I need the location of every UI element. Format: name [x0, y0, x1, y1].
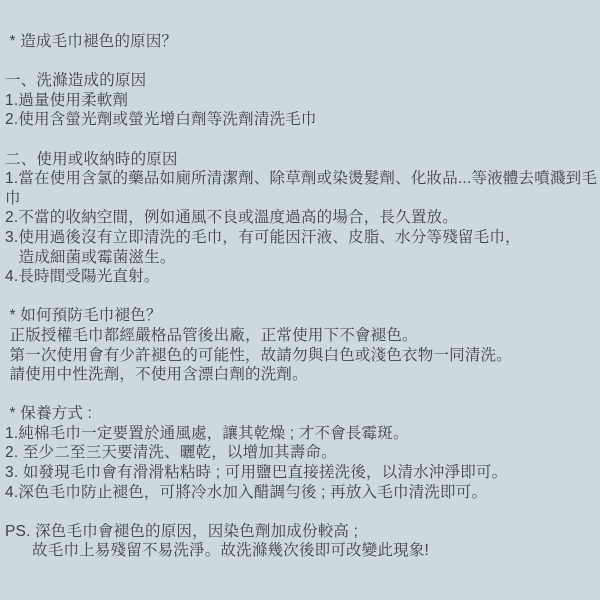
section-item-continuation: 造成細菌或霉菌滋生。 — [5, 248, 598, 268]
blank-line — [5, 502, 598, 522]
towel-care-document: * 造成毛巾褪色的原因？ 一、洗滌造成的原因 1.過量使用柔軟劑 2.使用含螢光… — [0, 0, 600, 600]
section-care-instructions: * 保養方式 : 1.純棉毛巾一定要置於通風處，讓其乾燥 ; 才不會長霉斑。 2… — [5, 404, 598, 502]
section-item: 1.純棉毛巾一定要置於通風處，讓其乾燥 ; 才不會長霉斑。 — [5, 424, 598, 444]
section-item: 4.深色毛巾防止褪色，可將冷水加入醋調勻後 ; 再放入毛巾清洗即可。 — [5, 483, 598, 503]
section-fade-prevention: * 如何預防毛巾褪色？ 正版授權毛巾都經嚴格品管後出廠，正常使用下不會褪色。 第… — [5, 306, 598, 384]
doc-title: * 造成毛巾褪色的原因？ — [5, 32, 598, 52]
section-heading: 二、使用或收納時的原因 — [5, 150, 598, 170]
section-heading: * 保養方式 : — [5, 404, 598, 424]
section-item: 1.當在使用含氯的藥品如廁所清潔劑、除草劑或染燙髮劑、化妝品...等液體去噴濺到… — [5, 169, 598, 208]
blank-line — [5, 52, 598, 72]
section-item: 1.過量使用柔軟劑 — [5, 91, 598, 111]
section-item: 4.長時間受陽光直射。 — [5, 267, 598, 287]
section-item: 正版授權毛巾都經嚴格品管後出廠，正常使用下不會褪色。 — [5, 326, 598, 346]
section-item: 3. 如發現毛巾會有滑滑粘粘時 ; 可用鹽巴直接搓洗後，以清水沖淨即可。 — [5, 463, 598, 483]
blank-line — [5, 130, 598, 150]
blank-line — [5, 287, 598, 307]
section-usage-storage-causes: 二、使用或收納時的原因 1.當在使用含氯的藥品如廁所清潔劑、除草劑或染燙髮劑、化… — [5, 150, 598, 287]
postscript-block: PS. 深色毛巾會褪色的原因，因染色劑加成份較高 ; 故毛巾上易殘留不易洗淨。故… — [5, 522, 598, 561]
section-heading: * 如何預防毛巾褪色？ — [5, 306, 598, 326]
blank-line — [5, 385, 598, 405]
section-heading: 一、洗滌造成的原因 — [5, 71, 598, 91]
section-item: 第一次使用會有少許褪色的可能性，故請勿與白色或淺色衣物一同清洗。 — [5, 346, 598, 366]
ps-line-continuation: 故毛巾上易殘留不易洗淨。故洗滌幾次後即可改變此現象! — [5, 541, 598, 561]
section-item: 2. 至少二至三天要清洗、曬乾，以增加其壽命。 — [5, 443, 598, 463]
section-washing-causes: 一、洗滌造成的原因 1.過量使用柔軟劑 2.使用含螢光劑或螢光增白劑等洗劑清洗毛… — [5, 71, 598, 130]
ps-line: PS. 深色毛巾會褪色的原因，因染色劑加成份較高 ; — [5, 522, 598, 542]
section-item: 2.使用含螢光劑或螢光增白劑等洗劑清洗毛巾 — [5, 110, 598, 130]
section-item: 3.使用過後沒有立即清洗的毛巾，有可能因汗液、皮脂、水分等殘留毛巾， — [5, 228, 598, 248]
section-item: 請使用中性洗劑，不使用含漂白劑的洗劑。 — [5, 365, 598, 385]
section-item: 2.不當的收納空間，例如通風不良或溫度過高的場合，長久置放。 — [5, 208, 598, 228]
